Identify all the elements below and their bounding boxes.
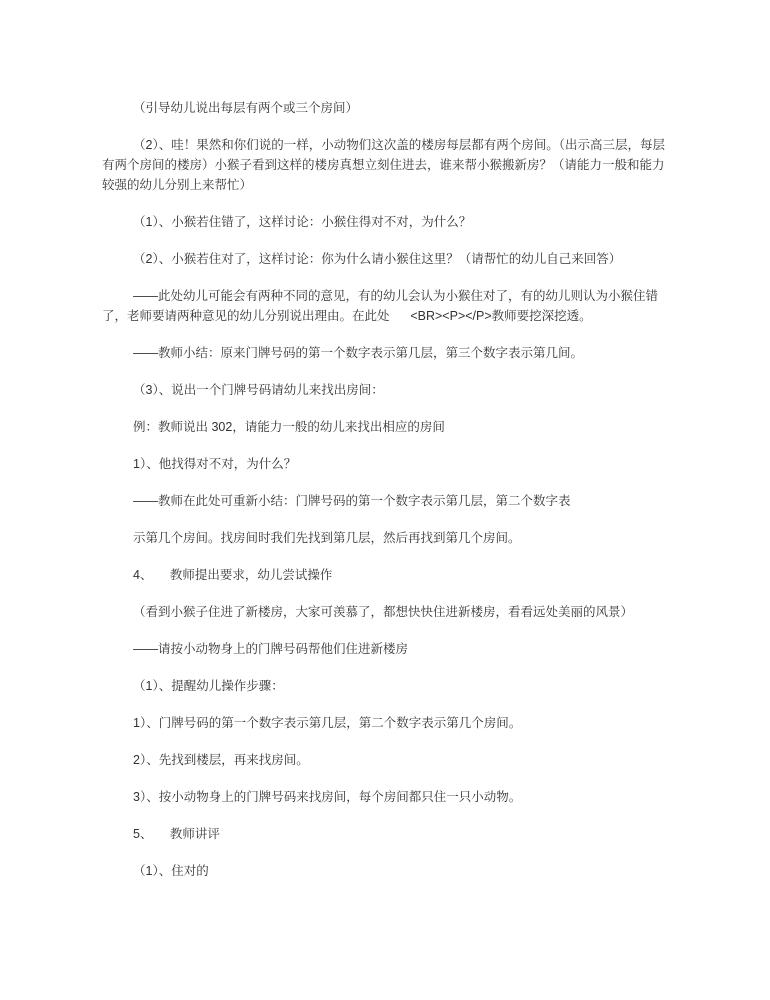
- paragraph-resummary-line1: ——教师在此处可重新小结：门牌号码的第一个数字表示第几层，第二个数字表: [102, 491, 670, 511]
- paragraph-move-in-instruction: ——请按小动物身上的门牌号码帮他们住进新楼房: [102, 639, 670, 659]
- document-page: （引导幼儿说出每层有两个或三个房间） （2）、哇！果然和你们说的一样，小动物们这…: [0, 0, 770, 1000]
- paragraph-review-correct: （1）、住对的: [102, 861, 670, 881]
- paragraph-step3-task: （3）、说出一个门牌号码请幼儿来找出房间：: [102, 380, 670, 400]
- paragraph-section5-heading: 5、 教师讲评: [102, 824, 670, 844]
- paragraph-discussion-right: （2）、小猴若住对了，这样讨论：你为什么请小猴住这里？（请帮忙的幼儿自己来回答）: [102, 249, 670, 269]
- paragraph-step-rule-3: 3）、按小动物身上的门牌号码来找房间，每个房间都只住一只小动物。: [102, 787, 670, 807]
- paragraph-step-rule-2: 2）、先找到楼层，再来找房间。: [102, 750, 670, 770]
- paragraph-teacher-note-opinions: ——此处幼儿可能会有两种不同的意见，有的幼儿会认为小猴住对了，有的幼儿则认为小猴…: [102, 286, 670, 326]
- paragraph-question-correct: 1）、他找得对不对，为什么？: [102, 454, 670, 474]
- paragraph-step2-intro: （2）、哇！果然和你们说的一样，小动物们这次盖的楼房每层都有两个房间。（出示高三…: [102, 135, 670, 195]
- paragraph-example-302: 例：教师说出 302，请能力一般的幼儿来找出相应的房间: [102, 417, 670, 437]
- paragraph-step-rule-1: 1）、门牌号码的第一个数字表示第几层，第二个数字表示第几个房间。: [102, 713, 670, 733]
- paragraph-operation-steps-title: （1）、提醒幼儿操作步骤：: [102, 676, 670, 696]
- paragraph-guide-note: （引导幼儿说出每层有两个或三个房间）: [102, 98, 670, 118]
- paragraph-teacher-summary: ——教师小结：原来门牌号码的第一个数字表示第几层，第三个数字表示第几间。: [102, 343, 670, 363]
- paragraph-envy-note: （看到小猴子住进了新楼房，大家可羡慕了，都想快快住进新楼房，看看远处美丽的风景）: [102, 602, 670, 622]
- paragraph-resummary-line2: 示第几个房间。找房间时我们先找到第几层，然后再找到第几个房间。: [102, 528, 670, 548]
- paragraph-discussion-wrong: （1）、小猴若住错了，这样讨论：小猴住得对不对，为什么？: [102, 212, 670, 232]
- paragraph-section4-heading: 4、 教师提出要求，幼儿尝试操作: [102, 565, 670, 585]
